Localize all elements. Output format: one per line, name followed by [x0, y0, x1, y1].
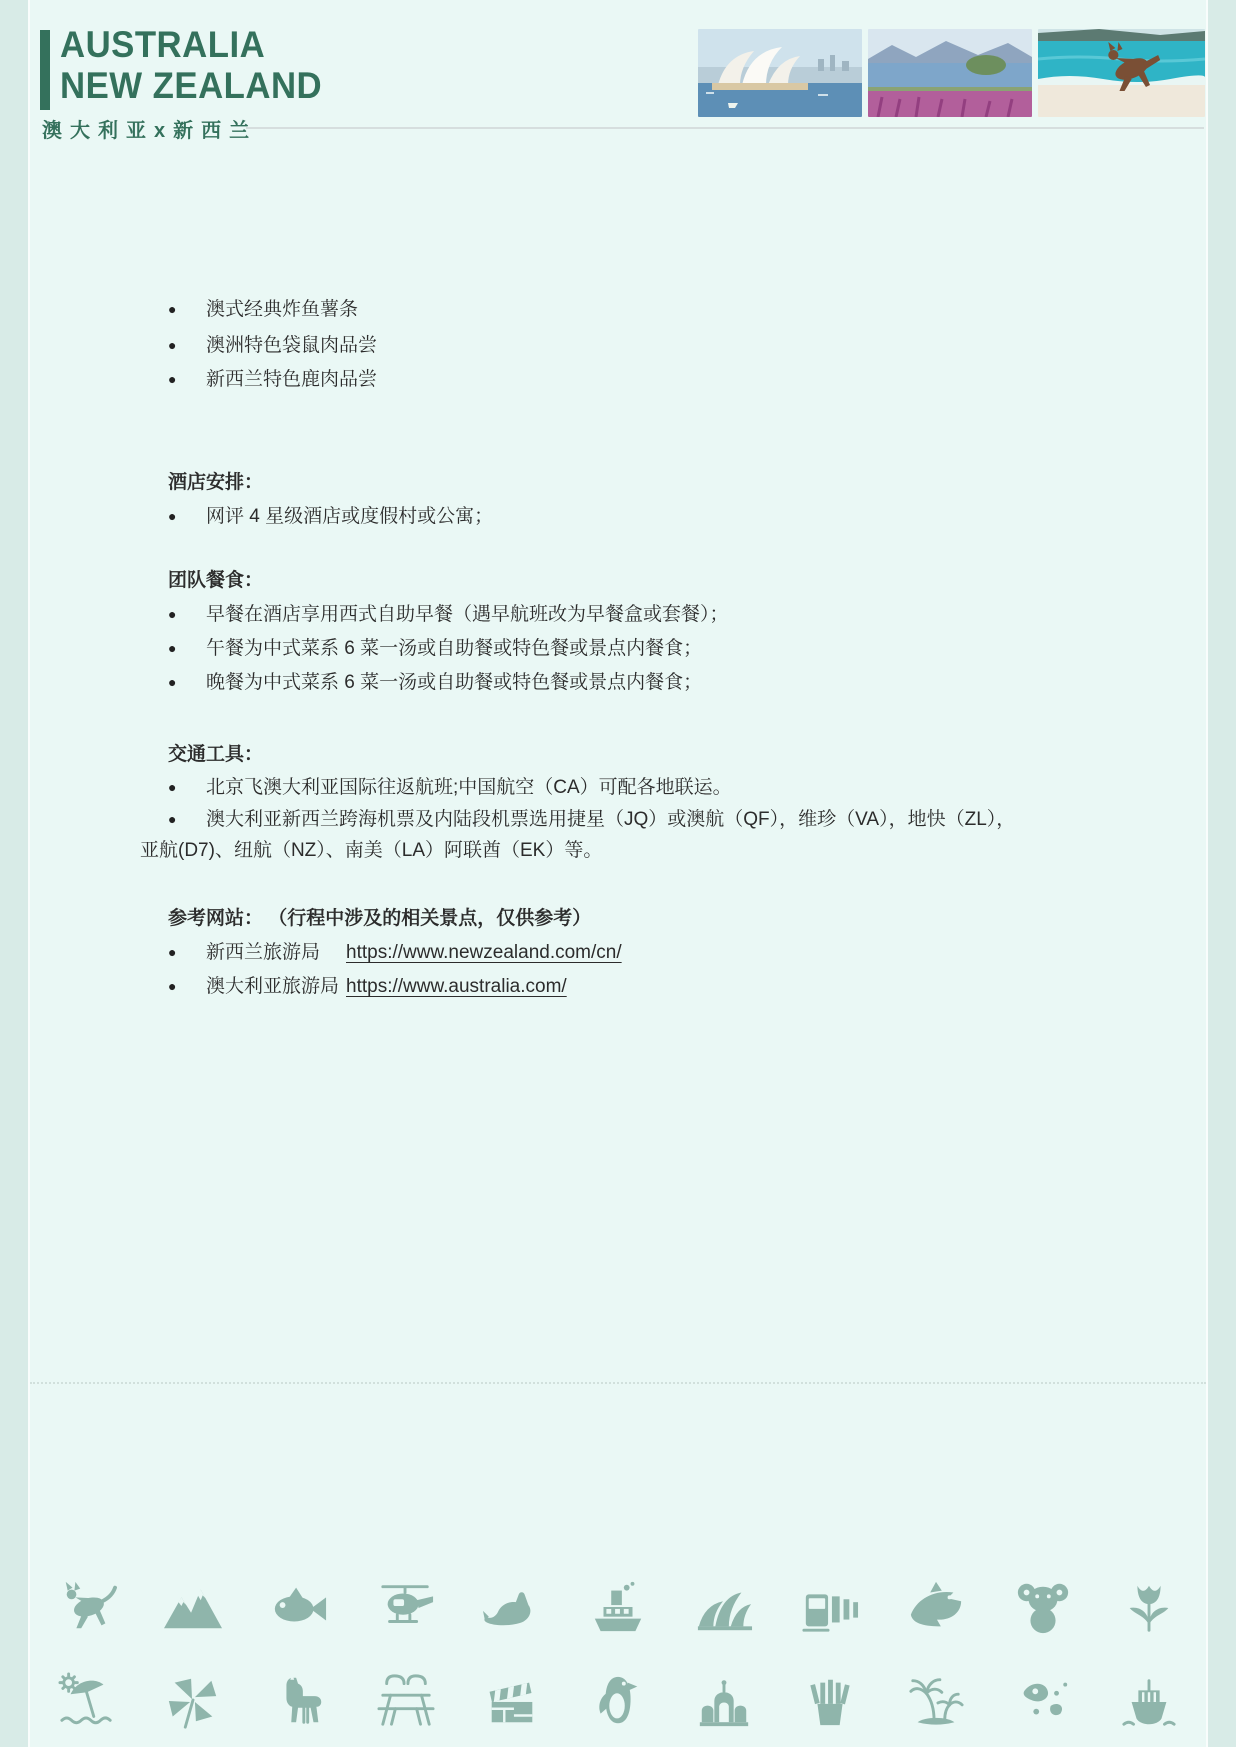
logo-line1: AUSTRALIA [60, 24, 322, 65]
newzealand-link[interactable]: https://www.newzealand.com/cn/ [346, 942, 622, 963]
bullet-text: 北京飞澳大利亚国际往返航班;中国航空（CA）可配各地联运。 [206, 777, 732, 798]
bullet-text: 晚餐为中式菜系 6 菜一汤或自助餐或特色餐或景点内餐食； [206, 672, 702, 693]
meals-bullet-3: ●晚餐为中式菜系 6 菜一汤或自助餐或特色餐或景点内餐食； [168, 669, 1128, 696]
logo-wordmark: AUSTRALIA NEW ZEALAND [60, 24, 322, 106]
kangaroo-beach-photo [1038, 29, 1205, 117]
footer-icon-row-2 [34, 1670, 1202, 1732]
seal-icon [481, 1578, 543, 1636]
bullet-dot: ● [168, 806, 206, 832]
dolphin-icon [905, 1578, 967, 1636]
reference-link-row-1: ●新西兰旅游局https://www.newzealand.com/cn/ [168, 939, 1128, 966]
reference-link-row-2: ●澳大利亚旅游局https://www.australia.com/ [168, 973, 1128, 1000]
australia-link[interactable]: https://www.australia.com/ [346, 976, 567, 997]
intro-bullet-1: ●澳式经典炸鱼薯条 [168, 296, 1128, 323]
section-heading-hotel: 酒店安排： [168, 470, 1128, 496]
bullet-dot: ● [168, 635, 206, 661]
bullet-dot: ● [168, 296, 206, 322]
bullet-text: 网评 4 星级酒店或度假村或公寓； [206, 506, 493, 527]
penguin-icon [587, 1672, 649, 1730]
beach-umbrella-icon [56, 1672, 118, 1730]
bullet-dot: ● [168, 973, 206, 999]
clapperboard-icon [481, 1672, 543, 1730]
mountains-icon [162, 1578, 224, 1636]
link-label: 新西兰旅游局 [206, 940, 346, 966]
bullet-text: 早餐在酒店享用西式自助早餐（遇早航班改为早餐盒或套餐）； [206, 604, 729, 625]
bullet-text: 澳式经典炸鱼薯条 [206, 299, 358, 320]
meals-bullet-1: ●早餐在酒店享用西式自助早餐（遇早航班改为早餐盒或套餐）； [168, 601, 1128, 628]
footer-icon-row-1 [34, 1576, 1202, 1638]
bullet-dot: ● [168, 366, 206, 392]
french-fries-icon [799, 1672, 861, 1730]
islands-map-icon [1012, 1672, 1074, 1730]
section-heading-transport: 交通工具： [168, 742, 1128, 768]
transport-continuation: 亚航(D7)、纽航（NZ）、南美（LA）阿联酋（EK）等。 [140, 838, 1100, 864]
pinwheel-icon [162, 1672, 224, 1730]
sydney-opera-house-photo [698, 29, 862, 117]
section-heading-reference: 参考网站： （行程中涉及的相关景点，仅供参考） [168, 906, 1128, 932]
steamship-icon [587, 1578, 649, 1636]
transport-bullet-2: ●澳大利亚新西兰跨海机票及内陆段机票选用捷星（JQ）或澳航（QF），维珍（VA）… [168, 806, 1128, 833]
dotted-divider [30, 1382, 1206, 1384]
intro-bullet-3: ●新西兰特色鹿肉品尝 [168, 366, 1128, 393]
bullet-dot: ● [168, 601, 206, 627]
lake-lupins-photo [868, 29, 1032, 117]
section-heading-meals: 团队餐食： [168, 568, 1128, 594]
bullet-text: 新西兰特色鹿肉品尝 [206, 369, 377, 390]
bullet-dot: ● [168, 774, 206, 800]
bullet-text: 午餐为中式菜系 6 菜一汤或自助餐或特色餐或景点内餐食； [206, 638, 702, 659]
train-icon [799, 1578, 861, 1636]
bullet-text: 澳大利亚新西兰跨海机票及内陆段机票选用捷星（JQ）或澳航（QF），维珍（VA），… [206, 809, 1015, 830]
logo-bar [40, 30, 50, 110]
cruise-ship-icon [1118, 1672, 1180, 1730]
bullet-dot: ● [168, 669, 206, 695]
cathedral-icon [693, 1672, 755, 1730]
alpaca-icon [268, 1672, 330, 1730]
logo-line2: NEW ZEALAND [60, 65, 322, 106]
fish-icon [268, 1578, 330, 1636]
tulip-icon [1118, 1578, 1180, 1636]
koala-icon [1012, 1578, 1074, 1636]
bullet-dot: ● [168, 332, 206, 358]
picnic-bench-icon [375, 1672, 437, 1730]
opera-house-icon [693, 1578, 755, 1636]
bullet-text: 澳洲特色袋鼠肉品尝 [206, 335, 377, 356]
bullet-dot: ● [168, 503, 206, 529]
link-label: 澳大利亚旅游局 [206, 974, 346, 1000]
logo-tagline: 澳大利亚x新西兰 [42, 114, 257, 143]
transport-bullet-1: ●北京飞澳大利亚国际往返航班;中国航空（CA）可配各地联运。 [168, 774, 1128, 801]
hotel-bullet-1: ●网评 4 星级酒店或度假村或公寓； [168, 503, 1128, 530]
intro-bullet-2: ●澳洲特色袋鼠肉品尝 [168, 332, 1128, 359]
kangaroo-icon [56, 1578, 118, 1636]
meals-bullet-2: ●午餐为中式菜系 6 菜一汤或自助餐或特色餐或景点内餐食； [168, 635, 1128, 662]
helicopter-icon [375, 1578, 437, 1636]
header-divider-line [246, 127, 1204, 129]
bullet-dot: ● [168, 939, 206, 965]
palm-island-icon [905, 1672, 967, 1730]
page-sheet [28, 0, 1208, 1747]
